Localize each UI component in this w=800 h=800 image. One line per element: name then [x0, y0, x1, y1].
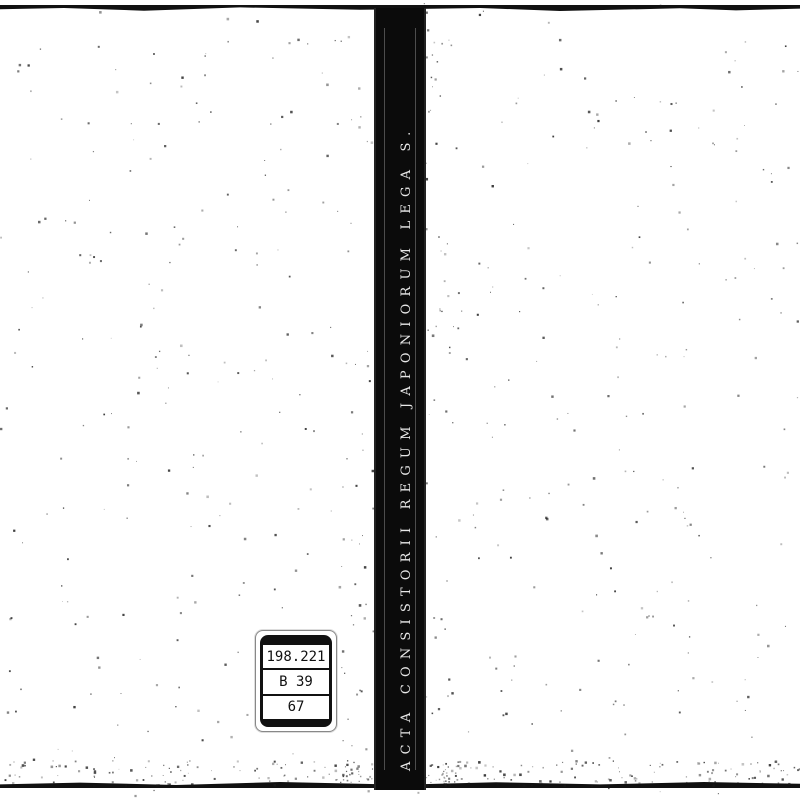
- label-cells: 198.221 B 39 67: [263, 645, 329, 719]
- book-cover-scan: ACTA CONSISTORII REGUM JAPONIORUM LEGA S…: [0, 0, 800, 800]
- library-call-number-label: 198.221 B 39 67: [255, 630, 337, 732]
- spine-title: ACTA CONSISTORII REGUM JAPONIORUM LEGA S…: [400, 125, 414, 772]
- spine-rule: [415, 28, 416, 770]
- spine-rule: [384, 28, 385, 770]
- call-number-class: 198.221: [263, 645, 329, 670]
- call-number-cutter: B 39: [263, 670, 329, 695]
- book-spine: ACTA CONSISTORII REGUM JAPONIORUM LEGA S…: [374, 8, 426, 790]
- call-number-item: 67: [263, 696, 329, 719]
